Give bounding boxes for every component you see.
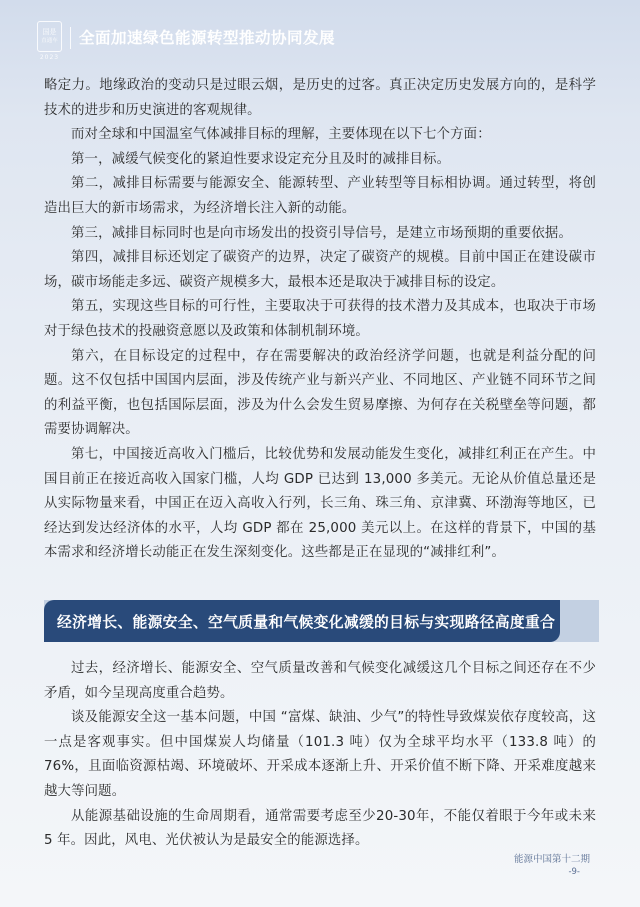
section-body: 过去，经济增长、能源安全、空气质量改善和气候变化减缓这几个目标之间还存在不少矛盾… [44,657,596,854]
header-title: 全面加速绿色能源转型推动协同发展 [79,26,335,48]
paragraph: 第五，实现这些目标的可行性，主要取决于可获得的技术潜力及其成本，也取决于市场对于… [44,295,596,344]
header-divider [70,27,71,49]
paragraph: 过去，经济增长、能源安全、空气质量改善和气候变化减缓这几个目标之间还存在不少矛盾… [44,657,596,706]
page-footer: 能源中国第十二期 -9- [514,853,590,879]
paragraph: 第二，减排目标需要与能源安全、能源转型、产业转型等目标相协调。通过转型，将创造出… [44,172,596,221]
section-heading: 经济增长、能源安全、空气质量和气候变化减缓的目标与实现路径高度重合 [44,600,560,642]
page-number: -9- [514,866,580,879]
publication-name: 能源中国第十二期 [514,853,590,866]
article-body: 略定力。地缘政治的变动只是过眼云烟，是历史的过客。真正决定历史发展方向的，是科学… [44,74,596,566]
page-header: 国是 直通车 2023 全面加速绿色能源转型推动协同发展 [36,21,596,71]
logo-year: 2023 [40,54,59,61]
paragraph: 从能源基础设施的生命周期看，通常需要考虑至少20-30年，不能仅着眼于今年或未来… [44,805,596,854]
logo-mark: 国是 直通车 [37,21,62,52]
paragraph: 第六，在目标设定的过程中，存在需要解决的政治经济学问题，也就是利益分配的问题。这… [44,345,596,443]
paragraph: 第四，减排目标还划定了碳资产的边界，决定了碳资产的规模。目前中国正在建设碳市场，… [44,246,596,295]
paragraph: 略定力。地缘政治的变动只是过眼云烟，是历史的过客。真正决定历史发展方向的，是科学… [44,74,596,123]
paragraph: 第三，减排目标同时也是向市场发出的投资引导信号，是建立市场预期的重要依据。 [44,222,596,247]
logo-line1: 国是 [43,28,57,37]
logo: 国是 直通车 2023 [36,21,63,61]
paragraph: 第七，中国接近高收入门槛后，比较优势和发展动能发生变化，减排红利正在产生。中国目… [44,443,596,566]
paragraph: 第一，减缓气候变化的紧迫性要求设定充分且及时的减排目标。 [44,148,596,173]
logo-line2: 直通车 [41,37,58,46]
paragraph: 而对全球和中国温室气体减排目标的理解，主要体现在以下七个方面： [44,123,596,148]
paragraph: 谈及能源安全这一基本问题，中国 “富煤、缺油、少气”的特性导致煤炭依存度较高，这… [44,706,596,804]
section-heading-banner: 经济增长、能源安全、空气质量和气候变化减缓的目标与实现路径高度重合 [44,600,599,642]
